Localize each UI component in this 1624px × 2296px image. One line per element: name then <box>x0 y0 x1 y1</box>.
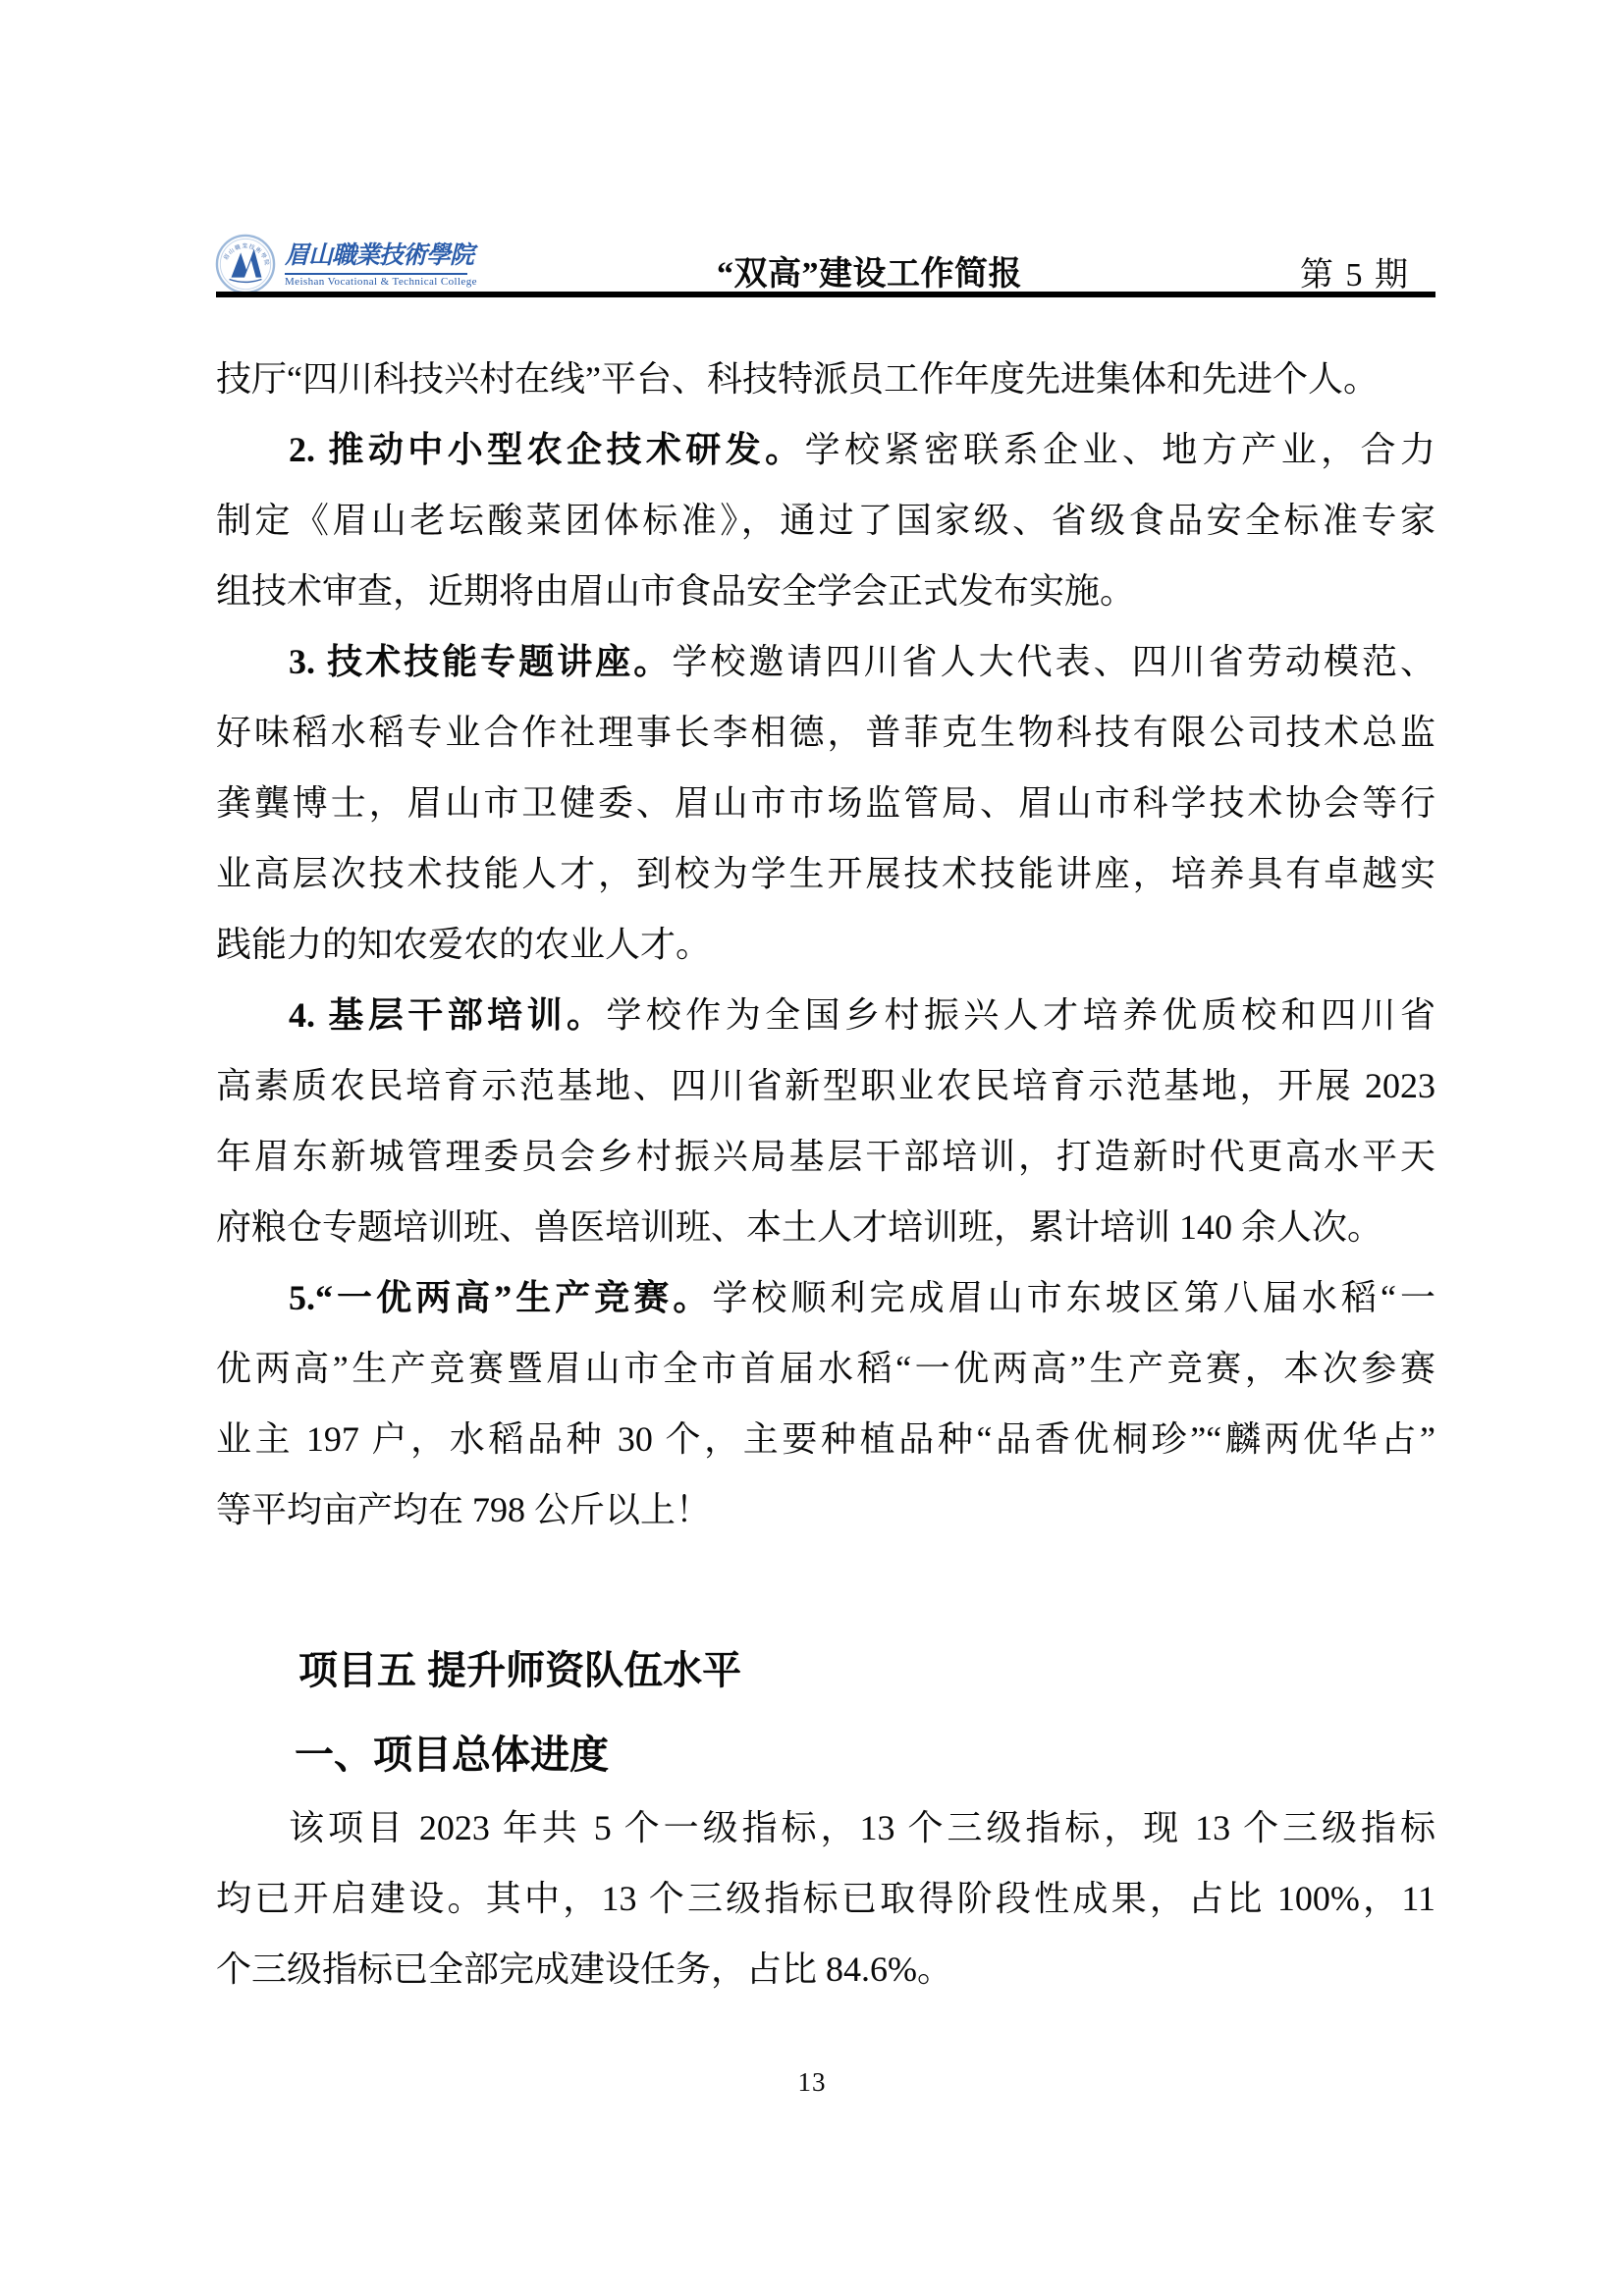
text-line: 该项目 2023 年共 5 个一级指标，13 个三级指标，现 13 个三级指标 <box>216 1792 1435 1863</box>
text-line: 4. 基层干部培训。学校作为全国乡村振兴人才培养优质校和四川省 <box>216 980 1435 1050</box>
issue-number: 第 5 期 <box>1300 247 1410 295</box>
bulletin-title: “双高”建设工作简报 <box>717 246 1022 294</box>
paragraph: 技厅“四川科技兴村在线”平台、科技特派员工作年度先进集体和先进个人。 <box>216 344 1435 414</box>
paragraph: 2. 推动中小型农企技术研发。学校紧密联系企业、地方产业，合力制定《眉山老坛酸菜… <box>216 414 1435 626</box>
page-header: 眉山職業技術學院 眉山職業技術學院 Meishan Vocational & T… <box>0 0 1624 304</box>
paragraph: 4. 基层干部培训。学校作为全国乡村振兴人才培养优质校和四川省高素质农民培育示范… <box>216 980 1435 1262</box>
bold-lead-in: 3. 技术技能专题讲座。 <box>289 642 672 681</box>
text-line: 高素质农民培育示范基地、四川省新型职业农民培育示范基地，开展 2023 <box>216 1050 1435 1121</box>
text-line: 3. 技术技能专题讲座。学校邀请四川省人大代表、四川省劳动模范、 <box>216 626 1435 697</box>
paragraph: 该项目 2023 年共 5 个一级指标，13 个三级指标，现 13 个三级指标均… <box>216 1792 1435 2004</box>
text-line: 龚龔博士，眉山市卫健委、眉山市市场监管局、眉山市科学技术协会等行 <box>216 768 1435 838</box>
header-rule <box>216 292 1435 297</box>
text-line: 个三级指标已全部完成建设任务，占比 84.6%。 <box>216 1934 1435 2004</box>
bulletin-page: 眉山職業技術學院 眉山職業技術學院 Meishan Vocational & T… <box>0 0 1624 2296</box>
text-line: 制定《眉山老坛酸菜团体标准》，通过了国家级、省级食品安全标准专家 <box>216 485 1435 556</box>
text-line: 业高层次技术技能人才，到校为学生开展技术技能讲座，培养具有卓越实 <box>216 838 1435 909</box>
bold-lead-in: 2. 推动中小型农企技术研发。 <box>289 430 805 469</box>
text-line: 等平均亩产均在 798 公斤以上！ <box>216 1474 1435 1545</box>
text-line: 5.“一优两高”生产竞赛。学校顺利完成眉山市东坡区第八届水稻“一 <box>216 1262 1435 1333</box>
sub-heading: 一、项目总体进度 <box>216 1728 1435 1783</box>
document-body: 技厅“四川科技兴村在线”平台、科技特派员工作年度先进集体和先进个人。2. 推动中… <box>216 344 1435 2004</box>
college-name-cn: 眉山職業技術學院 <box>285 236 481 271</box>
text-line: 组技术审查，近期将由眉山市食品安全学会正式发布实施。 <box>216 556 1435 626</box>
text-line: 2. 推动中小型农企技术研发。学校紧密联系企业、地方产业，合力 <box>216 414 1435 485</box>
logo-divider <box>285 273 467 275</box>
bold-lead-in: 5.“一优两高”生产竞赛。 <box>289 1278 712 1317</box>
text-line: 优两高”生产竞赛暨眉山市全市首届水稻“一优两高”生产竞赛，本次参赛 <box>216 1333 1435 1404</box>
college-seal-icon: 眉山職業技術學院 <box>215 234 276 294</box>
text-line: 业主 197 户，水稻品种 30 个，主要种植品种“品香优桐珍”“麟两优华占” <box>216 1404 1435 1474</box>
paragraph: 3. 技术技能专题讲座。学校邀请四川省人大代表、四川省劳动模范、好味稻水稻专业合… <box>216 626 1435 980</box>
text-line: 府粮仓专题培训班、兽医培训班、本土人才培训班，累计培训 140 余人次。 <box>216 1192 1435 1262</box>
college-name-en: Meishan Vocational & Technical College <box>285 276 481 288</box>
page-number: 13 <box>0 2067 1624 2098</box>
section-heading: 项目五 提升师资队伍水平 <box>216 1643 1435 1698</box>
bold-lead-in: 4. 基层干部培训。 <box>289 995 606 1035</box>
text-line: 年眉东新城管理委员会乡村振兴局基层干部培训，打造新时代更高水平天 <box>216 1121 1435 1192</box>
text-line: 好味稻水稻专业合作社理事长李相德，普菲克生物科技有限公司技术总监 <box>216 697 1435 768</box>
text-line: 践能力的知农爱农的农业人才。 <box>216 909 1435 980</box>
text-line: 技厅“四川科技兴村在线”平台、科技特派员工作年度先进集体和先进个人。 <box>216 344 1435 414</box>
paragraph: 5.“一优两高”生产竞赛。学校顺利完成眉山市东坡区第八届水稻“一优两高”生产竞赛… <box>216 1262 1435 1545</box>
text-line: 均已开启建设。其中，13 个三级指标已取得阶段性成果，占比 100%，11 <box>216 1863 1435 1934</box>
